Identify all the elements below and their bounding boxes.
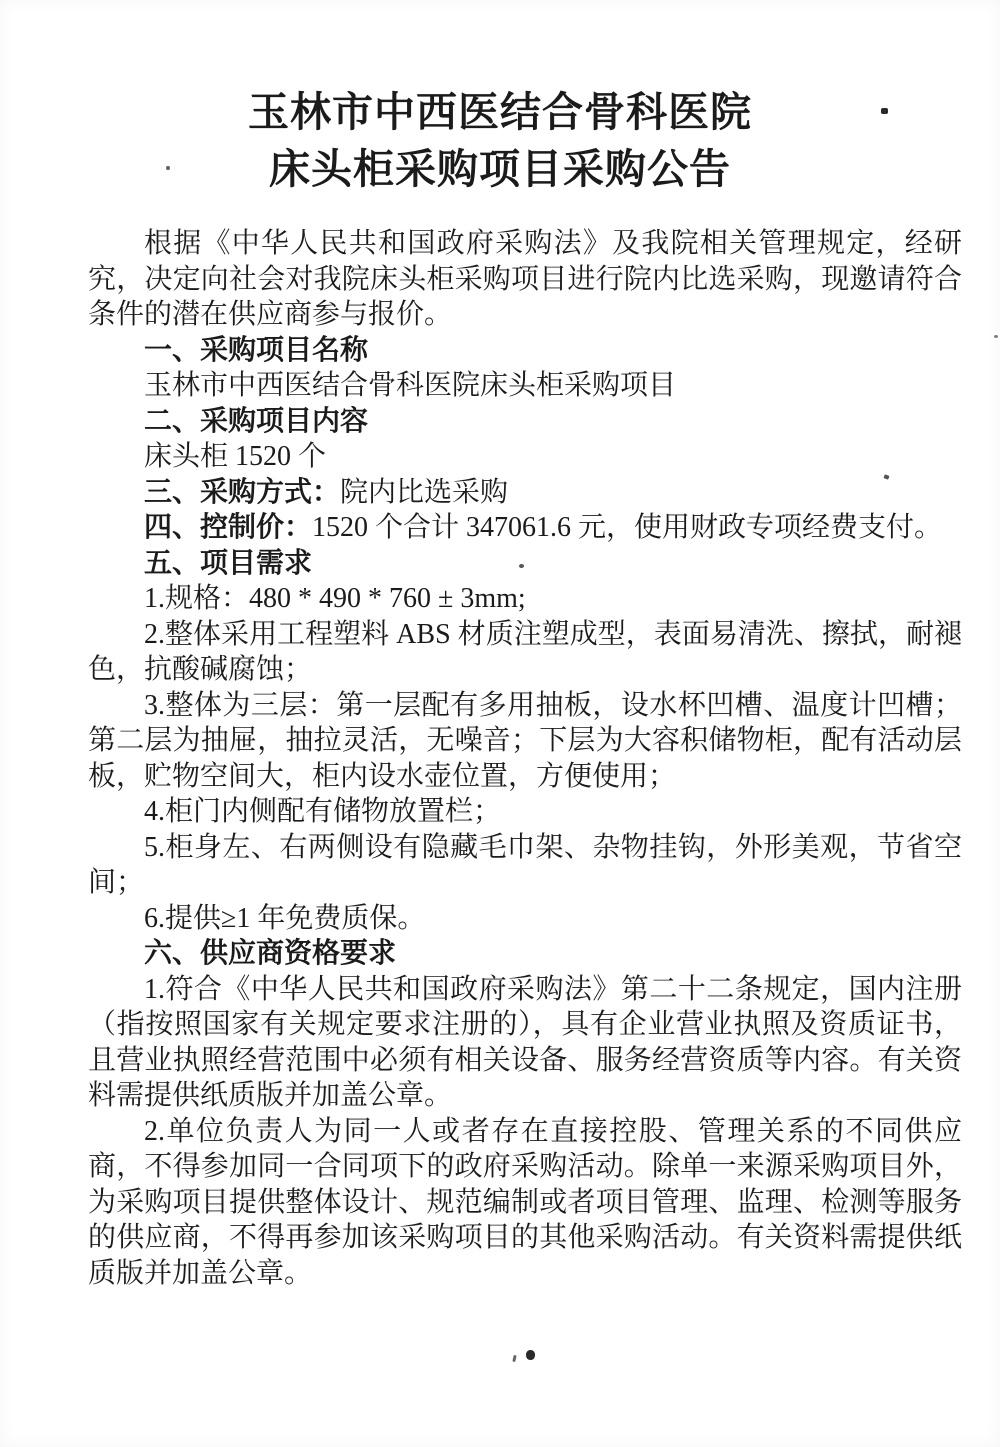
document-body: 根据《中华人民共和国政府采购法》及我院相关管理规定，经研究，决定向社会对我院床头… — [88, 226, 962, 1291]
document-title-line1: 玉林市中西医结合骨科医院 — [0, 84, 1000, 141]
section-5-heading: 五、项目需求 — [88, 546, 962, 582]
section-4-line: 四、控制价：1520 个合计 347061.6 元，使用财政专项经费支付。 — [88, 510, 962, 546]
qualification-1: 1.符合《中华人民共和国政府采购法》第二十二条规定，国内注册（指按照国家有关规定… — [88, 972, 962, 1114]
qualification-2: 2.单位负责人为同一人或者存在直接控股、管理关系的不同供应商，不得参加同一合同项… — [88, 1114, 962, 1292]
requirement-4-door: 4.柜门内侧配有储物放置栏； — [88, 794, 962, 830]
requirement-3-layers: 3.整体为三层：第一层配有多用抽板，设水杯凹槽、温度计凹槽；第二层为抽屉，抽拉灵… — [88, 688, 962, 795]
scan-artifact-dot — [166, 166, 170, 170]
requirement-1-spec: 1.规格：480 * 490 * 760 ± 3mm; — [88, 581, 962, 617]
project-name-line: 玉林市中西医结合骨科医院床头柜采购项目 — [88, 368, 962, 404]
document-title: 玉林市中西医结合骨科医院 床头柜采购项目采购公告 — [0, 84, 1000, 198]
document-title-line2: 床头柜采购项目采购公告 — [0, 141, 1000, 198]
project-content-line: 床头柜 1520 个 — [88, 439, 962, 475]
scan-artifact-dot — [881, 108, 888, 114]
intro-paragraph: 根据《中华人民共和国政府采购法》及我院相关管理规定，经研究，决定向社会对我院床头… — [88, 226, 962, 333]
section-2-heading: 二、采购项目内容 — [88, 404, 962, 440]
scan-artifact-dot — [519, 564, 524, 568]
requirement-5-sides: 5.柜身左、右两侧设有隐藏毛巾架、杂物挂钩，外形美观，节省空间； — [88, 830, 962, 901]
scan-artifact-dot — [512, 1355, 516, 1362]
section-1-heading: 一、采购项目名称 — [88, 333, 962, 369]
section-6-heading: 六、供应商资格要求 — [88, 936, 962, 972]
scan-artifact-dot — [526, 1350, 535, 1360]
requirement-6-warranty: 6.提供≥1 年免费质保。 — [88, 901, 962, 937]
section-3-line: 三、采购方式：院内比选采购 — [88, 475, 962, 511]
scanned-document-page: 玉林市中西医结合骨科医院 床头柜采购项目采购公告 根据《中华人民共和国政府采购法… — [0, 0, 1000, 1447]
scan-artifact-dot — [994, 335, 998, 338]
requirement-2-material: 2.整体采用工程塑料 ABS 材质注塑成型，表面易清洗、擦拭，耐褪色，抗酸碱腐蚀… — [88, 617, 962, 688]
